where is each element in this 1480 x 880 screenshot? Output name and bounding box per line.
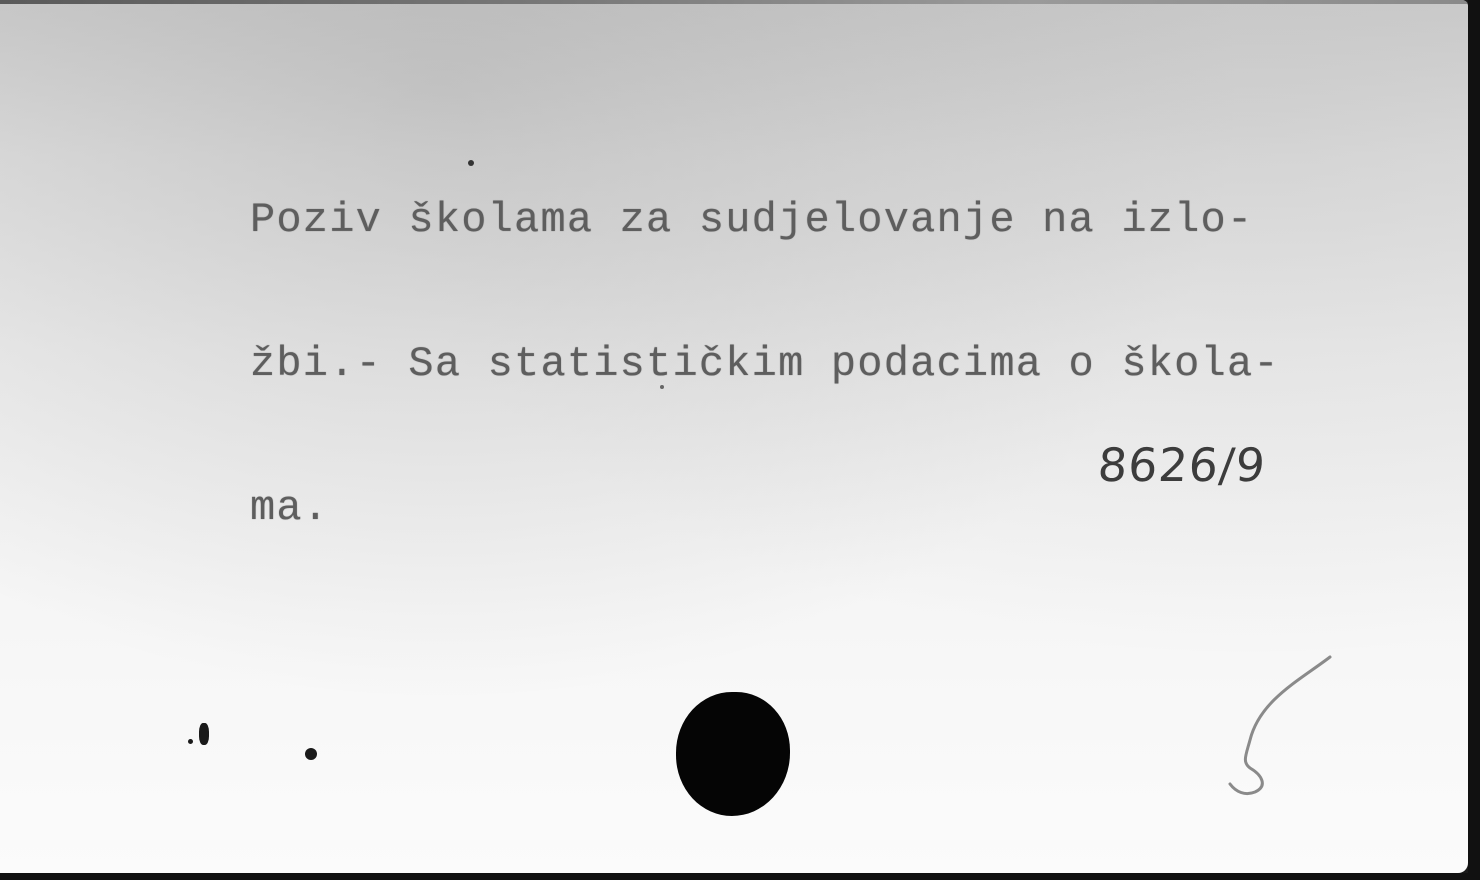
card-right-border [1468,0,1480,880]
card-bottom-border [0,873,1480,880]
pencil-mark-icon [0,0,1468,873]
catalog-card: Poziv školama za sudjelovanje na izlo- ž… [0,0,1468,873]
